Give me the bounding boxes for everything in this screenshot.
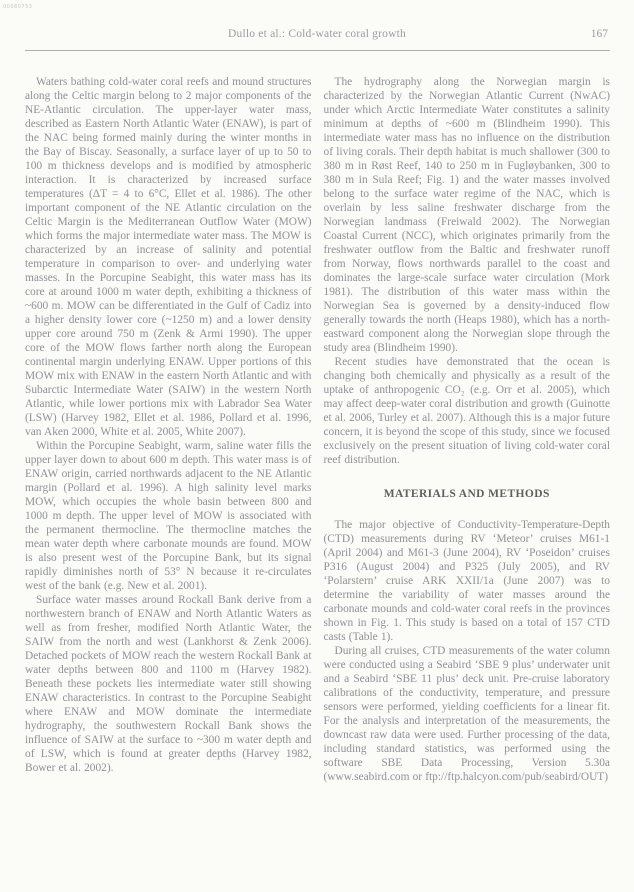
header-rule [25, 50, 610, 51]
paragraph-porcupine-seabight: Within the Porcupine Seabight, warm, sal… [25, 439, 312, 593]
paragraph-ocean-change: Recent studies have demonstrated that th… [324, 355, 611, 467]
section-heading-materials-and-methods: MATERIALS AND METHODS [324, 488, 611, 500]
journal-page: 00080753 Dullo et al.: Cold-water coral … [0, 0, 634, 892]
page-number: 167 [591, 28, 608, 40]
paragraph-norwegian-margin: The hydrography along the Norwegian marg… [324, 75, 611, 355]
page-header: Dullo et al.: Cold-water coral growth 16… [0, 0, 634, 43]
two-column-body: Waters bathing cold-water coral reefs an… [0, 75, 634, 784]
left-column: Waters bathing cold-water coral reefs an… [25, 75, 312, 784]
paragraph-ctd-objective: The major objective of Conductivity-Temp… [324, 518, 611, 644]
paragraph-rockall-bank: Surface water masses around Rockall Bank… [25, 593, 312, 775]
right-column: The hydrography along the Norwegian marg… [324, 75, 611, 784]
running-title: Dullo et al.: Cold-water coral growth [25, 28, 609, 40]
paragraph-ctd-instruments: During all cruises, CTD measurements of … [324, 644, 611, 784]
paragraph-celtic-margin: Waters bathing cold-water coral reefs an… [25, 75, 312, 439]
